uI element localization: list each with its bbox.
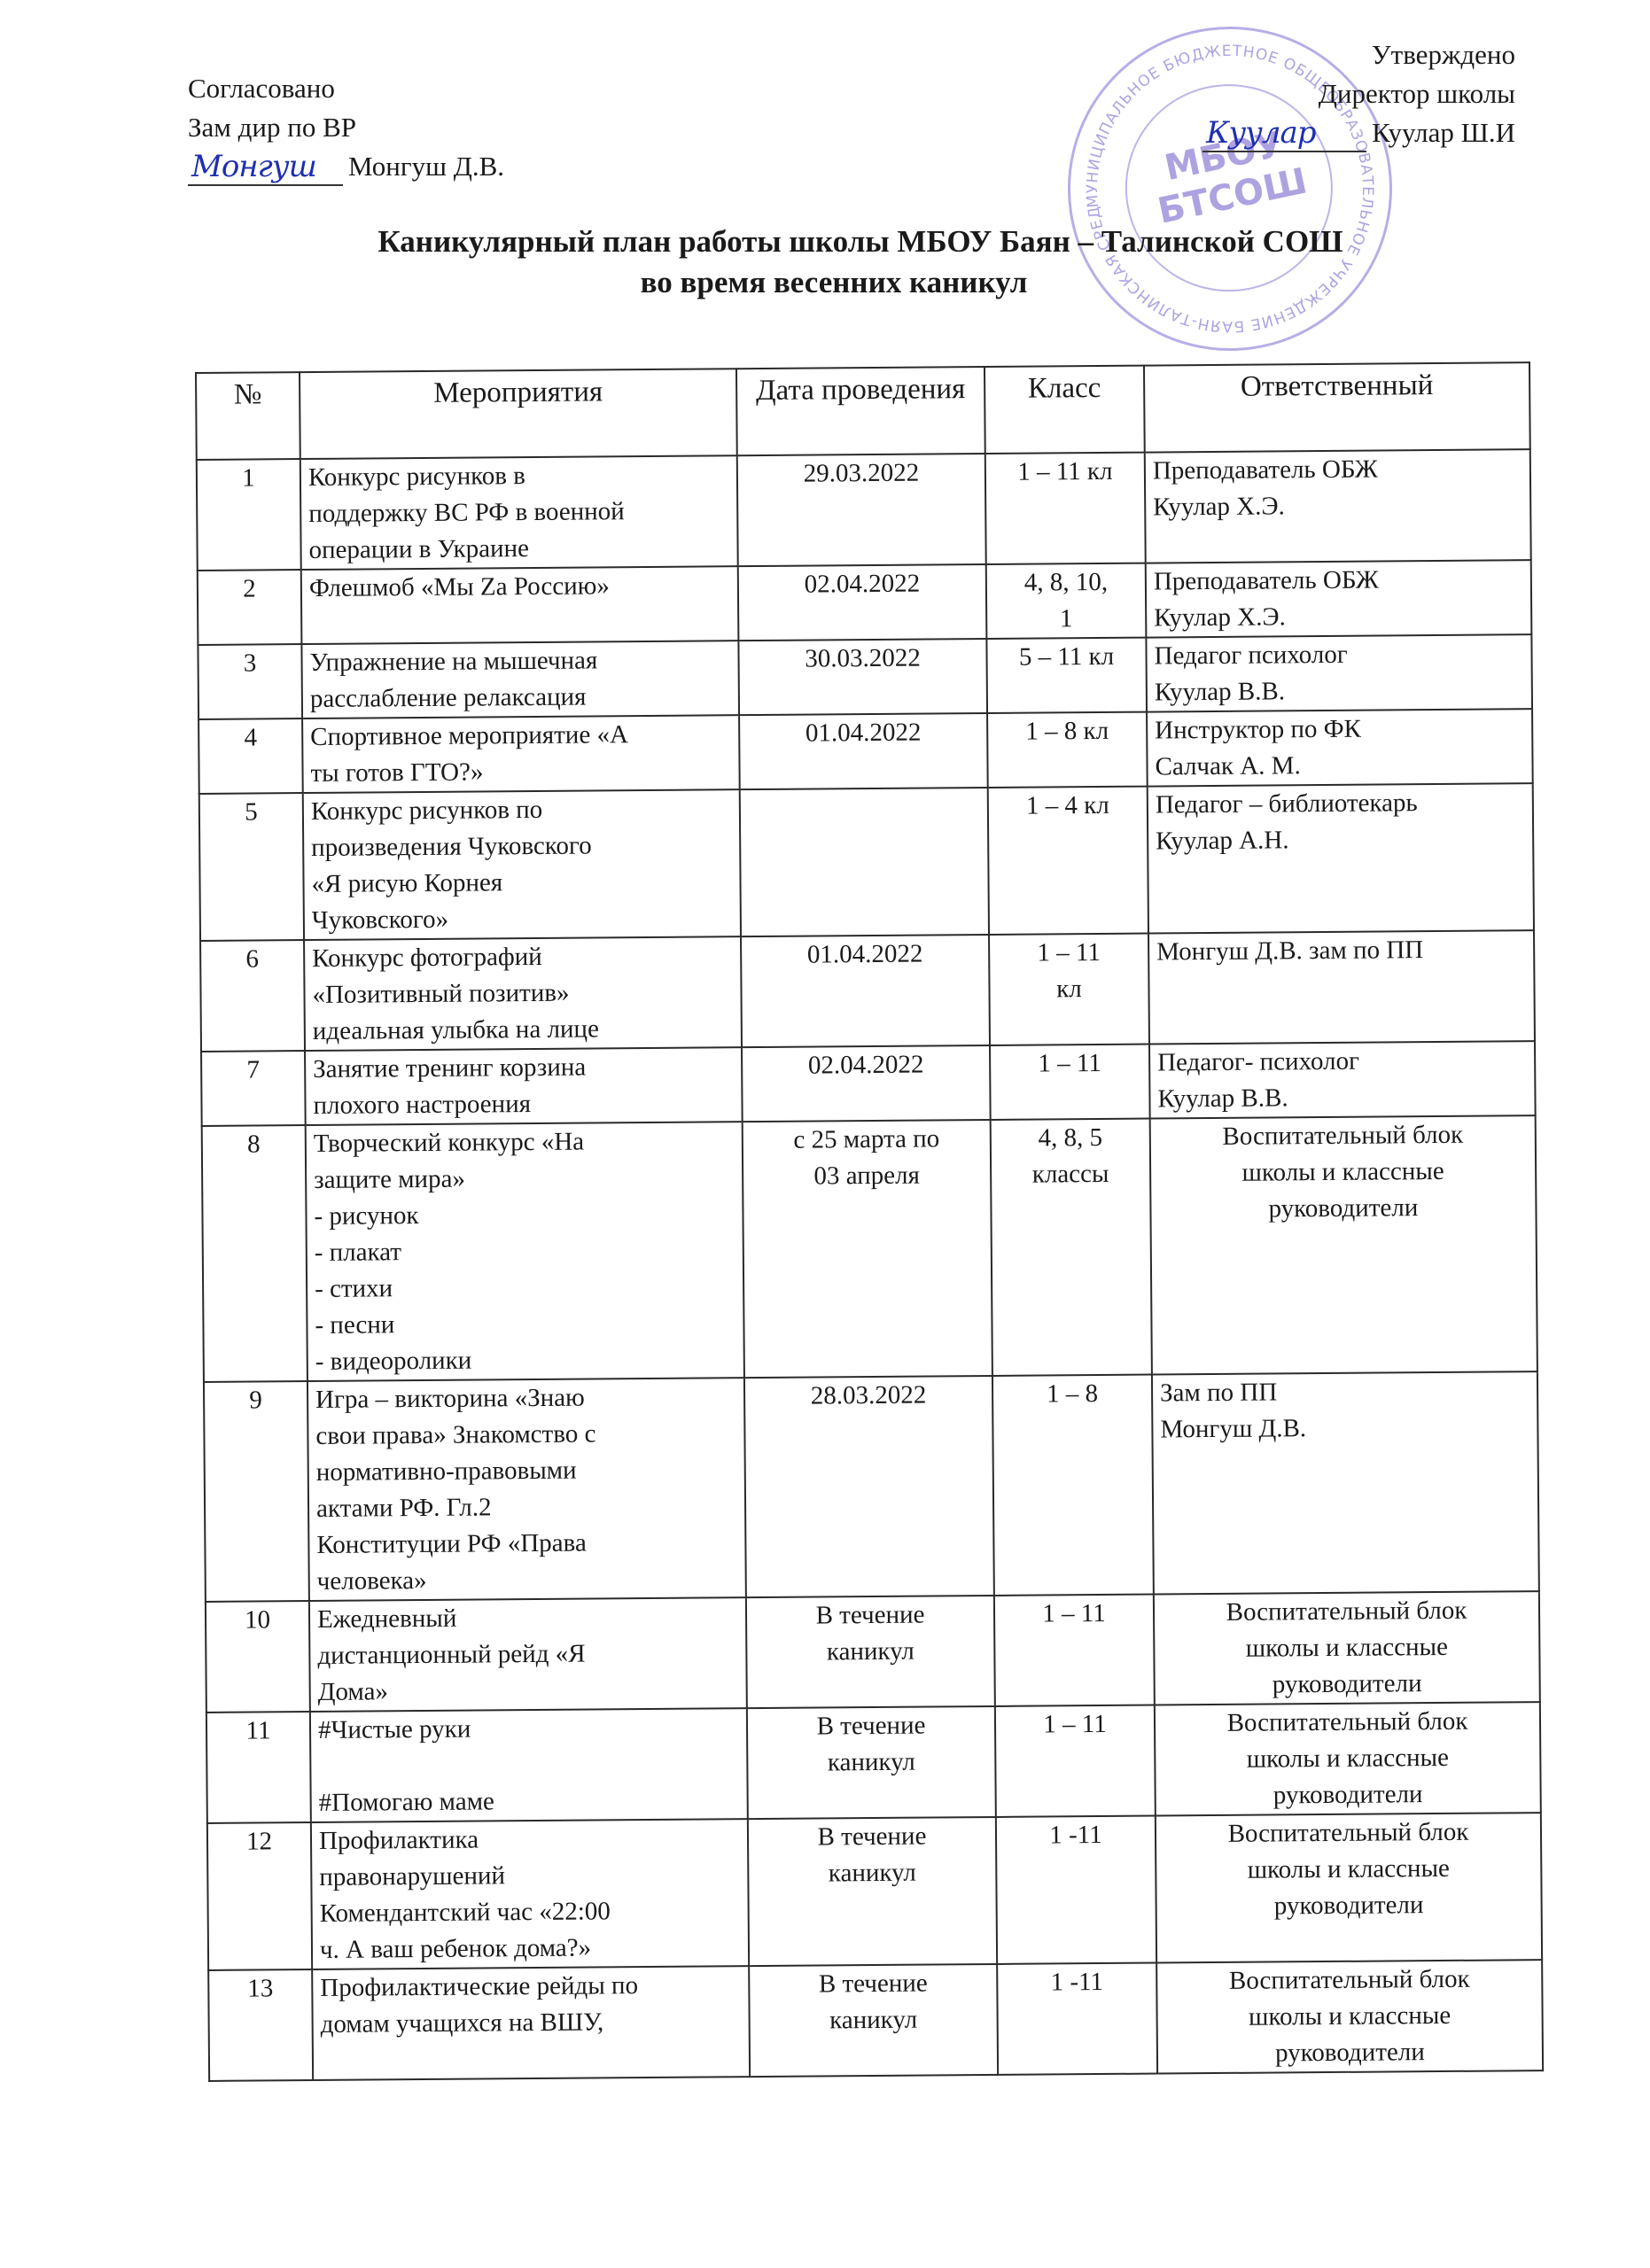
event-cell-line: «Я рисую Корнея bbox=[311, 863, 732, 903]
class-cell: 1 – 11 кл bbox=[985, 453, 1146, 564]
class-cell-line: 1 – 11 кл bbox=[993, 454, 1137, 491]
table-row: 4Спортивное мероприятие «Аты готов ГТО?»… bbox=[198, 709, 1533, 794]
event-cell-line: свои права» Знакомство с bbox=[315, 1415, 736, 1455]
event-cell-line: идеальная улыбка на лице bbox=[313, 1010, 734, 1050]
class-cell-line: 1 – 11 bbox=[998, 1045, 1141, 1083]
agreed-label: Согласовано bbox=[188, 69, 504, 108]
event-cell: Профилактические рейды подомам учащихся … bbox=[312, 1966, 750, 2080]
event-cell-line: Чуковского» bbox=[312, 899, 733, 939]
table-row: 10Ежедневныйдистанционный рейд «ЯДома»В … bbox=[206, 1591, 1540, 1713]
event-cell-line: Профилактические рейды по bbox=[320, 1967, 741, 2007]
event-cell-line: Флешмоб «Мы Zа Россию» bbox=[309, 567, 730, 607]
class-cell: 5 – 11 кл bbox=[986, 638, 1147, 713]
class-cell-line: 1 – 8 bbox=[1000, 1376, 1144, 1413]
event-cell-line: человека» bbox=[317, 1560, 738, 1600]
table-row: 7Занятие тренинг корзинаплохого настроен… bbox=[201, 1041, 1536, 1126]
date-cell-line: 28.03.2022 bbox=[752, 1377, 985, 1415]
event-cell: Занятие тренинг корзинаплохого настроени… bbox=[305, 1047, 743, 1125]
row-number: 11 bbox=[206, 1712, 311, 1823]
event-cell: Конкурс рисунков попроизведения Чуковско… bbox=[303, 789, 741, 940]
event-cell-line: Конституции РФ «Права bbox=[316, 1524, 737, 1564]
date-cell-line: В течение bbox=[756, 1818, 988, 1856]
date-cell-line: с 25 марта по bbox=[751, 1121, 983, 1159]
responsible-cell-line: Зам по ПП bbox=[1160, 1372, 1529, 1411]
agreed-signature-row: Монгуш Монгуш Д.В. bbox=[188, 147, 504, 186]
event-cell: Творческий конкурс «Назащите мира»- рису… bbox=[306, 1122, 744, 1381]
approved-signature-row: Куулар Куулар Ш.И bbox=[1202, 113, 1515, 152]
responsible-cell-line: Куулар Х.Э. bbox=[1154, 597, 1523, 636]
header-class: Класс bbox=[985, 366, 1145, 454]
row-number: 1 bbox=[197, 459, 301, 571]
event-cell-line: - песни bbox=[315, 1304, 735, 1344]
date-cell: 01.04.2022 bbox=[741, 935, 990, 1047]
event-cell-line: Упражнение на мышечная bbox=[309, 641, 730, 681]
responsible-cell: Преподаватель ОБЖКуулар Х.Э. bbox=[1145, 449, 1531, 563]
row-number: 7 bbox=[201, 1051, 306, 1126]
responsible-cell: Воспитательный блокшколы и классныеруков… bbox=[1150, 1115, 1537, 1374]
agreed-position: Зам дир по ВР bbox=[188, 108, 504, 147]
event-cell-line: #Помогаю маме bbox=[319, 1782, 740, 1821]
class-cell: 1 – 4 кл bbox=[988, 787, 1148, 935]
responsible-cell-line: Воспитательный блок bbox=[1162, 1592, 1531, 1631]
date-cell-line: каникул bbox=[754, 1633, 986, 1671]
date-cell-line: 02.04.2022 bbox=[746, 565, 978, 603]
row-number: 4 bbox=[198, 718, 303, 794]
event-cell-line: - рисунок bbox=[314, 1195, 735, 1235]
class-cell: 1 – 11 bbox=[990, 1045, 1150, 1120]
responsible-cell-line: школы и классные bbox=[1164, 1850, 1533, 1889]
event-cell-line: плохого настроения bbox=[313, 1084, 734, 1124]
event-cell-line: Творческий конкурс «На bbox=[314, 1122, 735, 1162]
header-event: Мероприятия bbox=[300, 369, 737, 459]
handwritten-signature: Монгуш bbox=[191, 147, 316, 186]
responsible-cell-line: Воспитательный блок bbox=[1164, 1961, 1534, 2000]
table-row: 2Флешмоб «Мы Zа Россию»02.04.20224, 8, 1… bbox=[198, 560, 1532, 645]
date-cell: с 25 марта по03 апреля bbox=[743, 1120, 992, 1378]
event-cell-line: Комендантский час «22:00 bbox=[320, 1892, 741, 1932]
responsible-cell-line: руководители bbox=[1164, 1775, 1533, 1814]
activity-plan-table: № Мероприятия Дата проведения Класс Отве… bbox=[195, 361, 1544, 2082]
class-cell-line: 1 – 8 кл bbox=[995, 713, 1139, 750]
event-cell-line: защите мира» bbox=[314, 1159, 735, 1199]
class-cell-line: 4, 8, 5 bbox=[999, 1120, 1142, 1157]
event-cell-line bbox=[321, 2039, 742, 2079]
date-cell-line: В течение bbox=[754, 1596, 986, 1635]
date-cell: 28.03.2022 bbox=[744, 1376, 994, 1597]
event-cell: #Чистые руки #Помогаю маме bbox=[310, 1708, 748, 1822]
event-cell-line: Занятие тренинг корзина bbox=[313, 1048, 734, 1088]
event-cell-line: «Позитивный позитив» bbox=[312, 974, 733, 1014]
responsible-cell-line: Монгуш Д.В. bbox=[1160, 1409, 1529, 1448]
responsible-cell-line: Воспитательный блок bbox=[1163, 1703, 1532, 1742]
event-cell-line: Конкурс рисунков в bbox=[308, 456, 729, 496]
date-cell: В течениеканикул bbox=[748, 1817, 997, 1966]
event-cell-line: операции в Украине bbox=[308, 529, 729, 569]
table-row: 1Конкурс рисунков вподдержку ВС РФ в вое… bbox=[197, 449, 1531, 571]
event-cell-line: - плакат bbox=[315, 1231, 735, 1271]
event-cell-line: Спортивное мероприятие «А bbox=[310, 716, 731, 756]
event-cell-line: Профилактика bbox=[319, 1820, 740, 1860]
row-number: 13 bbox=[208, 1969, 313, 2081]
responsible-cell-line: Педагог – библиотекарь bbox=[1156, 784, 1525, 823]
event-cell: Спортивное мероприятие «Аты готов ГТО?» bbox=[302, 715, 740, 793]
event-cell-line: ты готов ГТО?» bbox=[310, 752, 731, 792]
responsible-cell-line: Куулар Х.Э. bbox=[1153, 486, 1522, 525]
date-cell-line: 03 апреля bbox=[751, 1157, 983, 1195]
class-cell: 1 – 11 bbox=[994, 1595, 1155, 1706]
document-title: Каникулярный план работы школы МБОУ Баян… bbox=[35, 221, 1650, 262]
date-cell bbox=[740, 788, 989, 936]
table-row: 11#Чистые руки #Помогаю мамеВ течениекан… bbox=[206, 1702, 1541, 1823]
responsible-cell: Инструктор по ФКСалчак А. М. bbox=[1147, 709, 1533, 786]
class-cell-line: 1 – 11 bbox=[1002, 1596, 1146, 1633]
event-cell-line: - видеоролики bbox=[315, 1340, 736, 1380]
class-cell-line: 1 – 11 bbox=[1003, 1706, 1147, 1744]
responsible-cell-line: Салчак А. М. bbox=[1155, 746, 1524, 785]
table-row: 12ПрофилактикаправонарушенийКомендантски… bbox=[207, 1813, 1542, 1970]
date-cell-line: каникул bbox=[756, 1854, 988, 1892]
signature-line: Монгуш bbox=[188, 152, 343, 186]
event-cell-line: Конкурс фотографий bbox=[312, 937, 733, 977]
class-cell-line: 1 -11 bbox=[1005, 1964, 1148, 2001]
row-number: 12 bbox=[207, 1822, 312, 1970]
event-cell: Игра – викторина «Знаюсвои права» Знаком… bbox=[307, 1378, 746, 1601]
class-cell-line: 4, 8, 10, bbox=[994, 564, 1138, 602]
class-cell-line: 1 bbox=[994, 601, 1138, 638]
class-cell-line: 1 -11 bbox=[1004, 1817, 1148, 1854]
date-cell: 02.04.2022 bbox=[738, 564, 987, 641]
approved-signatory-name: Куулар Ш.И bbox=[1372, 117, 1515, 148]
table-row: 5Конкурс рисунков попроизведения Чуковск… bbox=[199, 783, 1534, 941]
date-cell: В течениеканикул bbox=[747, 1706, 996, 1819]
table-body: 1Конкурс рисунков вподдержку ВС РФ в вое… bbox=[197, 449, 1543, 2081]
responsible-cell: Воспитательный блокшколы и классныеруков… bbox=[1155, 1702, 1541, 1815]
date-cell-line: каникул bbox=[755, 1744, 987, 1782]
header-number: № bbox=[196, 372, 300, 460]
responsible-cell-line: школы и классные bbox=[1164, 1997, 1534, 2036]
event-cell-line: поддержку ВС РФ в военной bbox=[308, 493, 729, 532]
event-cell: Флешмоб «Мы Zа Россию» bbox=[301, 566, 739, 644]
event-cell-line: домам учащихся на ВШУ, bbox=[320, 2003, 741, 2043]
event-cell-line: - стихи bbox=[315, 1268, 735, 1308]
class-cell-line: кл bbox=[997, 971, 1140, 1008]
class-cell: 1 – 11кл bbox=[989, 934, 1149, 1045]
event-cell: Конкурс рисунков вподдержку ВС РФ в воен… bbox=[300, 455, 738, 570]
responsible-cell-line: руководители bbox=[1158, 1189, 1528, 1228]
class-cell-line: 1 – 11 bbox=[997, 935, 1140, 972]
table-row: 8Творческий конкурс «Назащите мира»- рис… bbox=[202, 1115, 1537, 1382]
event-cell: Упражнение на мышечнаярасслабление релак… bbox=[301, 641, 739, 718]
responsible-cell-line: руководители bbox=[1165, 2033, 1535, 2072]
event-cell: Ежедневныйдистанционный рейд «ЯДома» bbox=[309, 1597, 747, 1712]
responsible-cell-line: Преподаватель ОБЖ bbox=[1154, 561, 1523, 600]
event-cell-line: Конкурс рисунков по bbox=[311, 790, 732, 830]
class-cell-line: 1 – 4 кл bbox=[996, 788, 1140, 825]
class-cell-line: классы bbox=[999, 1156, 1142, 1193]
event-cell-line: ч. А ваш ребенок дома?» bbox=[320, 1929, 741, 1969]
event-cell-line: нормативно-правовыми bbox=[316, 1451, 737, 1491]
responsible-cell-line: Монгуш Д.В. зам по ПП bbox=[1156, 931, 1526, 970]
table-row: 6Конкурс фотографий«Позитивный позитив»и… bbox=[200, 930, 1535, 1052]
class-cell: 1 -11 bbox=[997, 1963, 1157, 2075]
responsible-cell-line: руководители bbox=[1163, 1665, 1532, 1704]
responsible-cell: Воспитательный блокшколы и классныеруков… bbox=[1156, 1960, 1543, 2073]
event-cell-line: расслабление релаксация bbox=[310, 678, 731, 718]
document-subtitle: во время весенних каникул bbox=[9, 262, 1650, 303]
approval-block-approved: Утверждено Директор школы Куулар Куулар … bbox=[1202, 35, 1515, 152]
approval-block-agreed: Согласовано Зам дир по ВР Монгуш Монгуш … bbox=[188, 69, 504, 186]
date-cell-line: 29.03.2022 bbox=[745, 454, 977, 493]
responsible-cell-line: школы и классные bbox=[1163, 1739, 1532, 1778]
date-cell: 01.04.2022 bbox=[739, 713, 988, 789]
event-cell-line bbox=[318, 1745, 739, 1785]
table-row: 9Игра – викторина «Знаюсвои права» Знако… bbox=[204, 1371, 1539, 1602]
responsible-cell-line: Куулар В.В. bbox=[1155, 672, 1524, 711]
class-cell: 1 – 8 bbox=[992, 1375, 1154, 1596]
event-cell-line: #Чистые руки bbox=[318, 1709, 739, 1749]
approved-position: Директор школы bbox=[1202, 74, 1515, 113]
responsible-cell-line: Воспитательный блок bbox=[1164, 1814, 1533, 1852]
class-cell: 1 -11 bbox=[996, 1816, 1156, 1964]
date-cell: 30.03.2022 bbox=[738, 639, 987, 715]
row-number: 5 bbox=[199, 793, 304, 941]
event-cell-line: правонарушений bbox=[319, 1856, 740, 1896]
responsible-cell-line: Куулар В.В. bbox=[1157, 1078, 1527, 1117]
table-row: 13Профилактические рейды подомам учащихс… bbox=[208, 1960, 1543, 2081]
agreed-signatory-name: Монгуш Д.В. bbox=[348, 151, 504, 182]
class-cell: 1 – 8 кл bbox=[987, 712, 1148, 788]
date-cell: 29.03.2022 bbox=[737, 454, 986, 566]
date-cell: В течениеканикул bbox=[749, 1964, 998, 2077]
event-cell-line: дистанционный рейд «Я bbox=[317, 1635, 738, 1674]
handwritten-signature: Куулар bbox=[1206, 113, 1315, 152]
header-date: Дата проведения bbox=[736, 367, 985, 455]
event-cell: ПрофилактикаправонарушенийКомендантский … bbox=[311, 1819, 749, 1969]
signature-line: Куулар bbox=[1202, 115, 1366, 152]
responsible-cell-line: Воспитательный блок bbox=[1158, 1116, 1528, 1155]
responsible-cell-line: Преподаватель ОБЖ bbox=[1153, 450, 1522, 489]
date-cell-line: 01.04.2022 bbox=[747, 714, 979, 752]
approved-label: Утверждено bbox=[1202, 35, 1515, 74]
responsible-cell-line: руководители bbox=[1164, 1886, 1533, 1925]
event-cell-line: Ежедневный bbox=[317, 1598, 738, 1638]
responsible-cell-line: школы и классные bbox=[1162, 1628, 1531, 1667]
date-cell-line: В течение bbox=[757, 1965, 989, 2003]
responsible-cell: Преподаватель ОБЖКуулар Х.Э. bbox=[1146, 560, 1532, 637]
responsible-cell: Педагог психологКуулар В.В. bbox=[1146, 634, 1532, 711]
row-number: 10 bbox=[206, 1601, 310, 1713]
class-cell: 4, 8, 10,1 bbox=[986, 563, 1147, 639]
date-cell-line: 01.04.2022 bbox=[749, 936, 981, 974]
responsible-cell: Воспитательный блокшколы и классныеруков… bbox=[1156, 1813, 1542, 1962]
responsible-cell-line: школы и классные bbox=[1158, 1153, 1528, 1192]
date-cell-line: каникул bbox=[757, 2001, 989, 2039]
event-cell-line: актами РФ. Гл.2 bbox=[316, 1487, 737, 1527]
class-cell: 1 – 11 bbox=[995, 1705, 1156, 1817]
row-number: 3 bbox=[198, 644, 302, 719]
header-responsible: Ответственный bbox=[1144, 362, 1530, 452]
responsible-cell-line: Куулар А.Н. bbox=[1156, 820, 1525, 859]
event-cell: Конкурс фотографий«Позитивный позитив»ид… bbox=[304, 936, 742, 1051]
event-cell-line: Игра – викторина «Знаю bbox=[315, 1379, 736, 1418]
date-cell: 02.04.2022 bbox=[742, 1045, 991, 1122]
responsible-cell: Монгуш Д.В. зам по ПП bbox=[1148, 930, 1535, 1044]
class-cell: 4, 8, 5классы bbox=[991, 1119, 1152, 1376]
responsible-cell-line: Педагог- психолог bbox=[1157, 1042, 1527, 1081]
responsible-cell: Зам по ППМонгуш Д.В. bbox=[1152, 1371, 1539, 1594]
row-number: 2 bbox=[198, 570, 302, 645]
event-cell-line: произведения Чуковского bbox=[311, 827, 732, 866]
event-cell-line: Дома» bbox=[318, 1671, 739, 1711]
date-cell-line: 30.03.2022 bbox=[746, 640, 978, 678]
responsible-cell-line: Педагог психолог bbox=[1154, 635, 1523, 674]
date-cell: В течениеканикул bbox=[746, 1596, 995, 1708]
row-number: 6 bbox=[200, 940, 305, 1052]
date-cell-line: В течение bbox=[755, 1707, 987, 1745]
table-row: 3Упражнение на мышечнаярасслабление рела… bbox=[198, 634, 1532, 719]
responsible-cell: Педагог- психологКуулар В.В. bbox=[1149, 1041, 1536, 1118]
table-header-row: № Мероприятия Дата проведения Класс Отве… bbox=[196, 362, 1530, 460]
responsible-cell: Педагог – библиотекарьКуулар А.Н. bbox=[1148, 783, 1534, 933]
responsible-cell-line: Инструктор по ФК bbox=[1155, 710, 1524, 749]
responsible-cell: Воспитательный блокшколы и классныеруков… bbox=[1154, 1591, 1540, 1705]
row-number: 8 bbox=[202, 1125, 307, 1382]
date-cell-line: 02.04.2022 bbox=[750, 1046, 982, 1084]
class-cell-line: 5 – 11 кл bbox=[994, 639, 1138, 676]
row-number: 9 bbox=[204, 1381, 309, 1602]
